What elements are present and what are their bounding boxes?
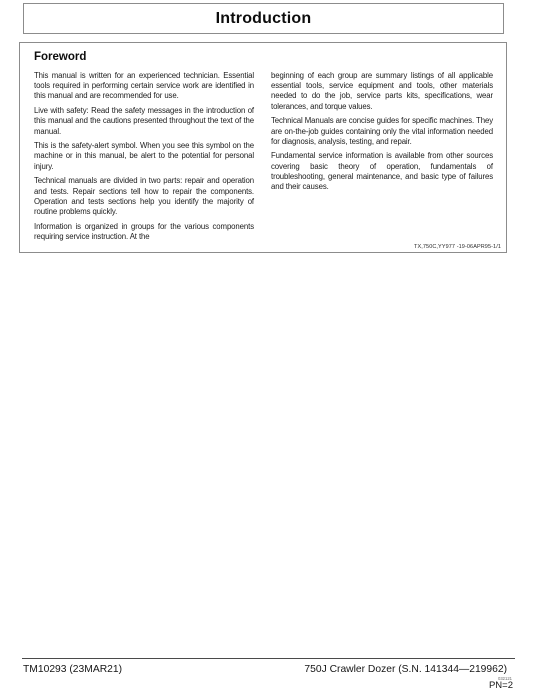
page-title-box: Introduction: [23, 3, 504, 34]
paragraph: This manual is written for an experience…: [34, 71, 254, 102]
footer-divider: [22, 658, 515, 659]
reference-code: TX,750C,YY977 -19-06APR95-1/1: [414, 244, 501, 250]
foreword-left-column: This manual is written for an experience…: [34, 71, 254, 247]
foreword-heading: Foreword: [34, 51, 86, 63]
page-number: PN=2: [489, 680, 513, 691]
foreword-columns: This manual is written for an experience…: [34, 71, 493, 247]
foreword-right-column: beginning of each group are summary list…: [271, 71, 493, 247]
page-title: Introduction: [216, 10, 312, 28]
paragraph: Information is organized in groups for t…: [34, 222, 254, 242]
paragraph: This is the safety-alert symbol. When yo…: [34, 141, 254, 172]
paragraph: Technical Manuals are concise guides for…: [271, 116, 493, 147]
model-serial: 750J Crawler Dozer (S.N. 141344—219962): [304, 664, 507, 675]
paragraph: Live with safety: Read the safety messag…: [34, 106, 254, 137]
paragraph: Fundamental service information is avail…: [271, 151, 493, 192]
foreword-section: Foreword This manual is written for an e…: [19, 42, 507, 253]
paragraph: Technical manuals are divided in two par…: [34, 176, 254, 217]
paragraph: beginning of each group are summary list…: [271, 71, 493, 112]
manual-number: TM10293 (23MAR21): [23, 664, 122, 675]
